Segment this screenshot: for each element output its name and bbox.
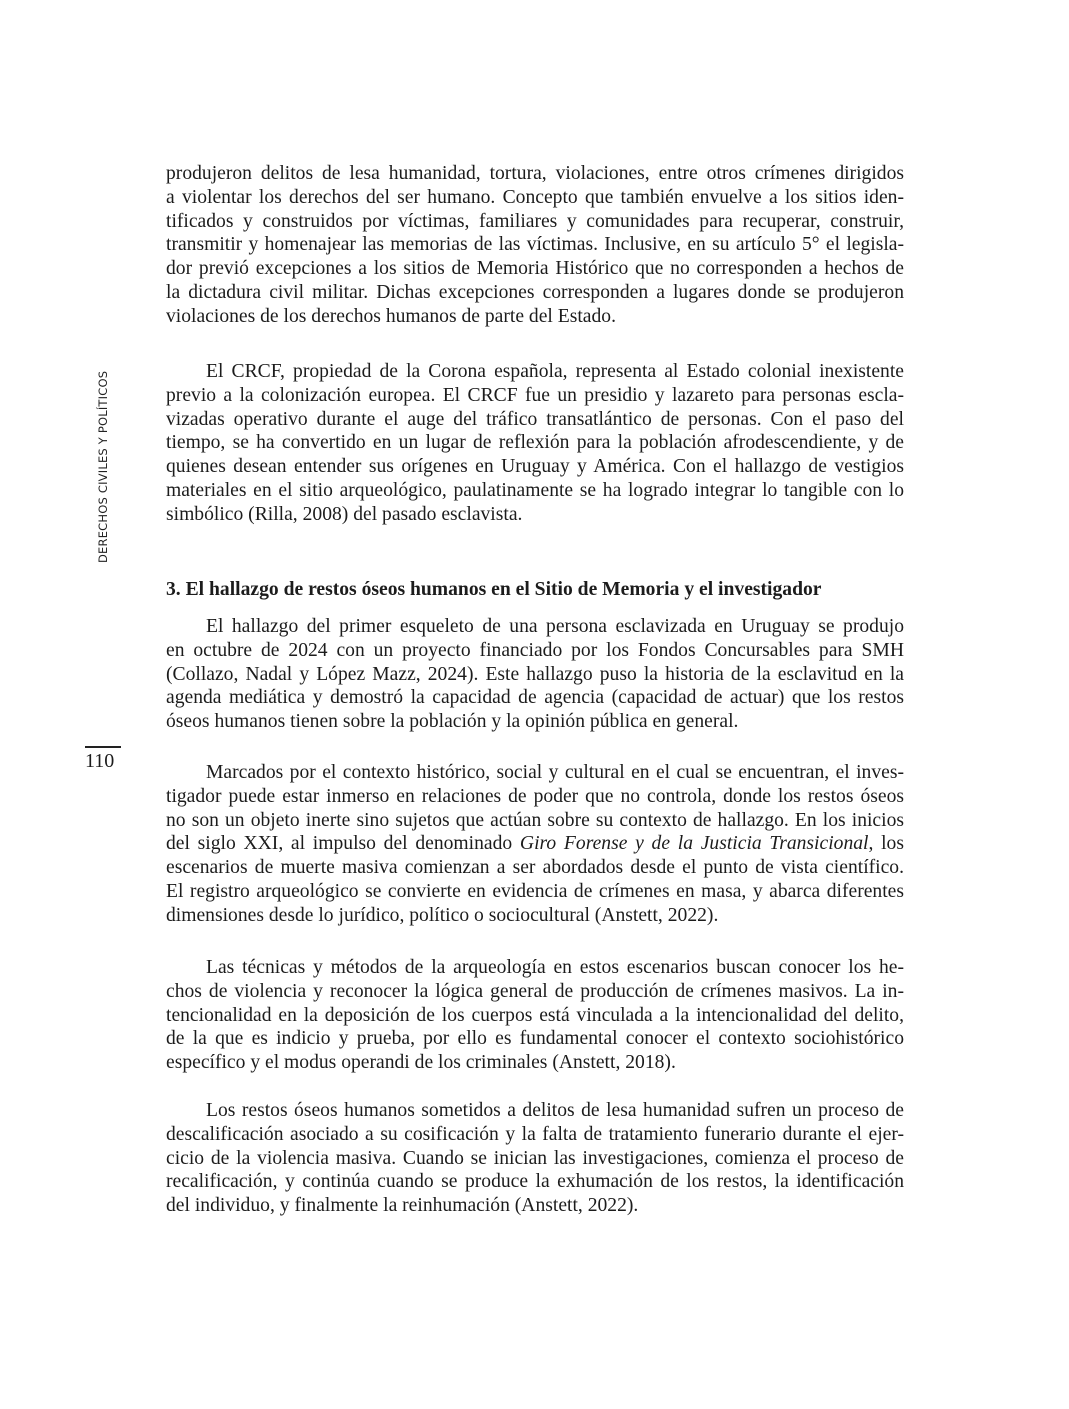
text-line: (Collazo, Nadal y López Mazz, 2024). Est… xyxy=(166,663,904,687)
paragraph-2: El CRCF, propiedad de la Corona española… xyxy=(166,360,904,527)
text-line-with-italic: del siglo XXI, al impulso del denominado… xyxy=(166,832,904,856)
italic-term: Giro Forense y de la Justicia Transicion… xyxy=(520,833,869,854)
text-line: chos de violencia y reconocer la lógica … xyxy=(166,980,904,1004)
text-line: tencionalidad en la deposición de los cu… xyxy=(166,1004,904,1028)
text-line: descalificación asociado a su cosificaci… xyxy=(166,1123,904,1147)
text-run: , los xyxy=(868,833,904,854)
page-number: 110 xyxy=(85,750,121,773)
paragraph-6: Los restos óseos humanos sometidos a del… xyxy=(166,1099,904,1218)
book-page: DERECHOS CIVILES Y POLÍTICOS 110 produje… xyxy=(0,0,1069,1409)
text-line: dor previó excepciones a los sitios de M… xyxy=(166,257,904,281)
text-run: del siglo XXI, al impulso del denominado xyxy=(166,833,512,854)
text-line: de la que es indicio y prueba, por ello … xyxy=(166,1027,904,1051)
text-line: a violentar los derechos del ser humano.… xyxy=(166,186,904,210)
text-line: produjeron delitos de lesa humanidad, to… xyxy=(166,162,904,186)
paragraph-1: produjeron delitos de lesa humanidad, to… xyxy=(166,162,904,329)
text-line: escenarios de muerte masiva comienzan a … xyxy=(166,856,904,880)
text-line: Las técnicas y métodos de la arqueología… xyxy=(166,956,904,980)
text-line: no son un objeto inerte sino sujetos que… xyxy=(166,809,904,833)
text-line: El CRCF, propiedad de la Corona española… xyxy=(166,360,904,384)
paragraph-5: Las técnicas y métodos de la arqueología… xyxy=(166,956,904,1075)
text-line: cicio de la violencia masiva. Cuando se … xyxy=(166,1147,904,1171)
text-line: tificados y construidos por víctimas, fa… xyxy=(166,210,904,234)
text-line: simbólico (Rilla, 2008) del pasado escla… xyxy=(166,503,904,527)
text-line: quienes desean entender sus orígenes en … xyxy=(166,455,904,479)
text-line: El registro arqueológico se convierte en… xyxy=(166,880,904,904)
text-line: dimensiones desde lo jurídico, político … xyxy=(166,904,904,928)
running-head: DERECHOS CIVILES Y POLÍTICOS xyxy=(96,371,110,563)
text-line: recalificación, y continúa cuando se pro… xyxy=(166,1170,904,1194)
text-line: en octubre de 2024 con un proyecto finan… xyxy=(166,639,904,663)
text-line: tigador puede estar inmerso en relacione… xyxy=(166,785,904,809)
paragraph-4: Marcados por el contexto histórico, soci… xyxy=(166,761,904,928)
text-line: vizadas operativo durante el auge del tr… xyxy=(166,408,904,432)
text-line: El hallazgo del primer esqueleto de una … xyxy=(166,615,904,639)
text-line: violaciones de los derechos humanos de p… xyxy=(166,305,904,329)
text-line: Los restos óseos humanos sometidos a del… xyxy=(166,1099,904,1123)
text-line: tiempo, se ha convertido en un lugar de … xyxy=(166,431,904,455)
text-line: materiales en el sitio arqueológico, pau… xyxy=(166,479,904,503)
text-line: Marcados por el contexto histórico, soci… xyxy=(166,761,904,785)
text-line: específico y el modus operandi de los cr… xyxy=(166,1051,904,1075)
page-number-rule xyxy=(85,746,121,748)
text-line: la dictadura civil militar. Dichas excep… xyxy=(166,281,904,305)
section-heading: 3. El hallazgo de restos óseos humanos e… xyxy=(166,578,904,602)
text-line: óseos humanos tienen sobre la población … xyxy=(166,710,904,734)
text-line: del individuo, y finalmente la reinhumac… xyxy=(166,1194,904,1218)
text-line: transmitir y homenajear las memorias de … xyxy=(166,233,904,257)
text-line: previo a la colonización europea. El CRC… xyxy=(166,384,904,408)
paragraph-3: El hallazgo del primer esqueleto de una … xyxy=(166,615,904,734)
text-line: agenda mediática y demostró la capacidad… xyxy=(166,686,904,710)
